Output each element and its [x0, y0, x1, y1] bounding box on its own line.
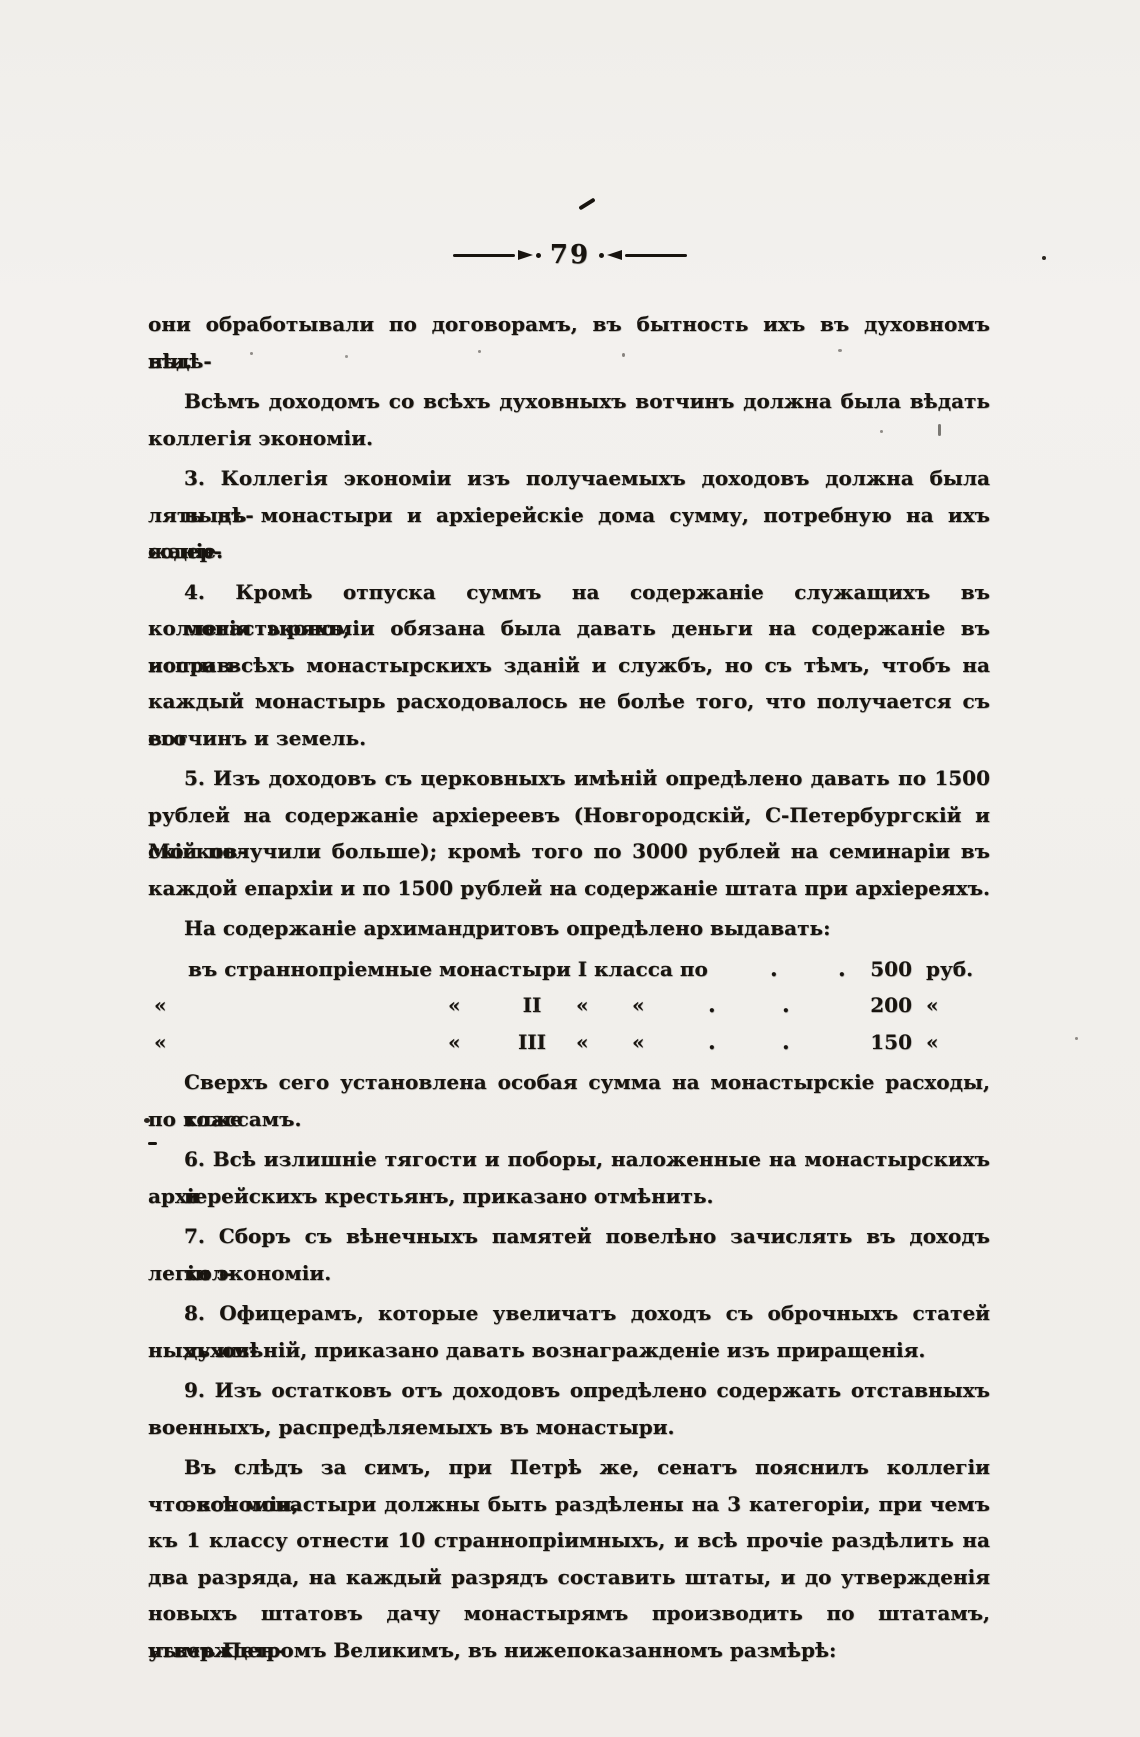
text-line: 5. Изъ доходовъ съ церковныхъ имѣній опр…: [148, 760, 990, 797]
tariff-row-class1: въ страннопріемные монастыри I класса по…: [148, 951, 990, 988]
text-line: каждой епархіи и по 1500 рублей на содер…: [148, 870, 990, 907]
text-line: 6. Всѣ излишніе тягости и поборы, наложе…: [148, 1141, 990, 1178]
tariff-label: въ страннопріемные монастыри I класса по: [188, 951, 708, 988]
ditto-mark: «: [632, 1024, 645, 1061]
leader-dot: .: [770, 951, 778, 988]
ink-smudge: [148, 1142, 157, 1145]
text-line: 4. Кромѣ отпуска суммъ на содержаніе слу…: [148, 574, 990, 611]
ditto-mark: «: [576, 1024, 589, 1061]
scanned-book-page: 79 они обработывали по договорамъ, въ бы…: [0, 0, 1140, 1737]
text-line: два разряда, на каждый разрядъ составить…: [148, 1559, 990, 1596]
paragraph-item-8: 8. Офицерамъ, которые увеличатъ доходъ с…: [148, 1295, 990, 1368]
tariff-unit: руб.: [926, 951, 973, 988]
tariff-unit: «: [926, 987, 939, 1024]
text-line: къ 1 классу отнести 10 страннопріимныхъ,…: [148, 1522, 990, 1559]
tariff-unit: «: [926, 1024, 939, 1061]
paragraph-closing: Въ слѣдъ за симъ, при Петрѣ же, сенатъ п…: [148, 1449, 990, 1668]
text-line: по классамъ.: [148, 1101, 990, 1138]
paragraph-item-6: 6. Всѣ излишніе тягости и поборы, наложе…: [148, 1141, 990, 1214]
text-line: скій получили больше); кромѣ того по 300…: [148, 833, 990, 870]
paragraph-continuation: они обработывали по договорамъ, въ бытно…: [148, 306, 990, 379]
ink-speck: [345, 355, 348, 358]
text-line: что всѣ монастыри должны быть раздѣлены …: [148, 1486, 990, 1523]
ditto-mark: «: [576, 987, 589, 1024]
ink-speck: [250, 352, 253, 355]
text-line: военныхъ, распредѣляемыхъ въ монастыри.: [148, 1409, 990, 1446]
text-line: легіи экономіи.: [148, 1255, 990, 1292]
paragraph-item-3: 3. Коллегія экономіи изъ получаемыхъ дох…: [148, 460, 990, 570]
text-line: жаніе.: [148, 533, 990, 570]
text-line: каждый монастырь расходовалось не болѣе …: [148, 683, 990, 720]
page-header: 79: [0, 240, 1140, 270]
text-line: вотчинъ и земель.: [148, 720, 990, 757]
leader-dot: .: [782, 1024, 790, 1061]
tariff-row-class3: « « III « « . . 150 «: [148, 1024, 990, 1061]
paragraph: Сверхъ сего установлена особая сумма на …: [148, 1064, 990, 1137]
paragraph: Всѣмъ доходомъ со всѣхъ духовныхъ вотчин…: [148, 383, 990, 456]
tariff-table: въ страннопріемные монастыри I класса по…: [148, 951, 990, 1061]
tariff-class-numeral: II: [500, 987, 564, 1024]
ornament-left-icon: [453, 250, 541, 260]
text-line: новыхъ штатовъ дачу монастырямъ производ…: [148, 1595, 990, 1632]
ditto-mark: «: [632, 987, 645, 1024]
ornament-right-icon: [599, 250, 687, 260]
ditto-mark: «: [154, 1024, 167, 1061]
text-line: 8. Офицерамъ, которые увеличатъ доходъ с…: [148, 1295, 990, 1332]
ink-speck: [622, 353, 625, 357]
text-line: Всѣмъ доходомъ со всѣхъ духовныхъ вотчин…: [148, 383, 990, 420]
text-line: нымъ Петромъ Великимъ, въ нижепоказанном…: [148, 1632, 990, 1669]
tariff-class-numeral: III: [500, 1024, 564, 1061]
leader-dot: .: [708, 1024, 716, 1061]
text-line: На содержаніе архимандритовъ опредѣлено …: [148, 910, 990, 947]
tariff-amount: 150: [800, 1024, 912, 1061]
tariff-row-class2: « « II « « . . 200 «: [148, 987, 990, 1024]
text-line: рублей на содержаніе архіереевъ (Новгоро…: [148, 797, 990, 834]
ink-speck: [478, 350, 481, 353]
ditto-mark: «: [448, 1024, 461, 1061]
text-line: ности всѣхъ монастырскихъ зданій и служб…: [148, 647, 990, 684]
ink-smudge: [578, 198, 595, 211]
paragraph-item-5: 5. Изъ доходовъ съ церковныхъ имѣній опр…: [148, 760, 990, 906]
ink-speck: [1042, 256, 1046, 260]
ink-speck: [838, 349, 842, 352]
tariff-amount: 200: [800, 987, 912, 1024]
page-number: 79: [550, 240, 590, 270]
paragraph-item-9: 9. Изъ остатковъ отъ доходовъ опредѣлено…: [148, 1372, 990, 1445]
text-line: коллегія экономіи обязана была давать де…: [148, 610, 990, 647]
ink-speck: [1075, 1037, 1078, 1040]
text-line: 7. Сборъ съ вѣнечныхъ памятей повелѣно з…: [148, 1218, 990, 1255]
leader-dot: .: [708, 987, 716, 1024]
text-line: ныхъ имѣній, приказано давать вознагражд…: [148, 1332, 990, 1369]
paragraph-item-7: 7. Сборъ съ вѣнечныхъ памятей повелѣно з…: [148, 1218, 990, 1291]
leader-dot: .: [782, 987, 790, 1024]
tariff-amount: 500: [800, 951, 912, 988]
ink-smudge: [938, 424, 941, 436]
paragraph-archimandrite-intro: На содержаніе архимандритовъ опредѣлено …: [148, 910, 990, 947]
page-text-block: они обработывали по договорамъ, въ бытно…: [148, 306, 990, 1672]
text-line: они обработывали по договорамъ, въ бытно…: [148, 306, 990, 343]
text-line: Въ слѣдъ за симъ, при Петрѣ же, сенатъ п…: [148, 1449, 990, 1486]
text-line: коллегія экономіи.: [148, 420, 990, 457]
paragraph-item-4: 4. Кромѣ отпуска суммъ на содержаніе слу…: [148, 574, 990, 757]
ink-speck: [144, 1118, 150, 1123]
ditto-mark: «: [154, 987, 167, 1024]
text-line: 3. Коллегія экономіи изъ получаемыхъ дох…: [148, 460, 990, 497]
ink-speck: [535, 1008, 539, 1012]
text-line: 9. Изъ остатковъ отъ доходовъ опредѣлено…: [148, 1372, 990, 1409]
text-line: ніи.: [148, 343, 990, 380]
text-line: архіерейскихъ крестьянъ, приказано отмѣн…: [148, 1178, 990, 1215]
text-line: лять въ монастыри и архіерейскіе дома су…: [148, 497, 990, 534]
ditto-mark: «: [448, 987, 461, 1024]
text-line: Сверхъ сего установлена особая сумма на …: [148, 1064, 990, 1101]
ink-speck: [880, 430, 883, 433]
